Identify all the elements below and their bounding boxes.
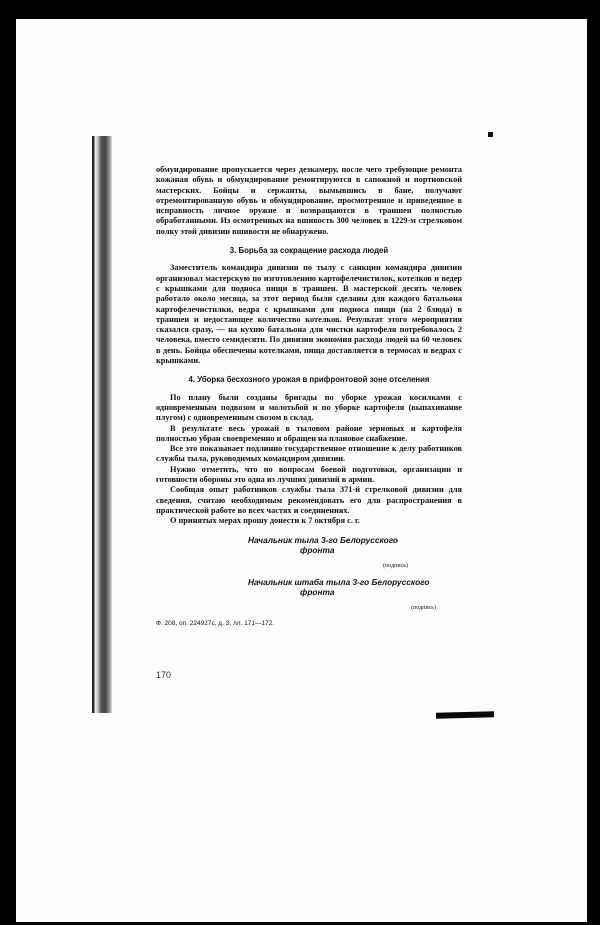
section-4-paragraph: По плану были созданы бригады по уборке … (156, 393, 462, 424)
signature-title: Начальник тыла 3-го Белорусского (248, 535, 398, 545)
section-4-paragraph: Сообщая опыт работников службы тыла 371-… (156, 485, 462, 516)
document-text: обмундирование пропускается через дезкам… (156, 165, 462, 629)
section-4-paragraph: Все это показывает подлинно государствен… (156, 444, 462, 465)
signature-title-line2: фронта (248, 587, 462, 597)
signature-block-rear-chief: Начальник тыла 3-го Белорусского фронта (248, 535, 462, 555)
page-number: 170 (156, 670, 171, 680)
closing-request: О принятых мерах прошу донести к 7 октяб… (156, 516, 462, 526)
section-3-heading: 3. Борьба за сокращение расхода людей (156, 246, 462, 256)
scan-binding-edge (92, 136, 112, 713)
paragraph-continuation: обмундирование пропускается через дезкам… (156, 165, 462, 237)
section-3-paragraph: Заместитель командира дивизии по тылу с … (156, 263, 462, 366)
signature-label: (подпись) (156, 603, 436, 613)
section-4-heading: 4. Уборка бесхозного урожая в прифронтов… (156, 375, 462, 385)
signature-label: (подпись) (156, 561, 408, 571)
archive-source-reference: Ф. 208, оп. 224927с, д. 3, лл. 171—172. (156, 619, 462, 629)
scan-artifact-mark (488, 132, 493, 137)
signature-block-staff-chief: Начальник штаба тыла 3-го Белорусского ф… (248, 577, 462, 597)
signature-title: Начальник штаба тыла 3-го Белорусского (248, 577, 429, 587)
section-4-paragraph: Нужно отметить, что по вопросам боевой п… (156, 465, 462, 486)
signature-title-line2: фронта (248, 545, 462, 555)
section-4-paragraph: В результате весь урожай в тыловом район… (156, 424, 462, 445)
